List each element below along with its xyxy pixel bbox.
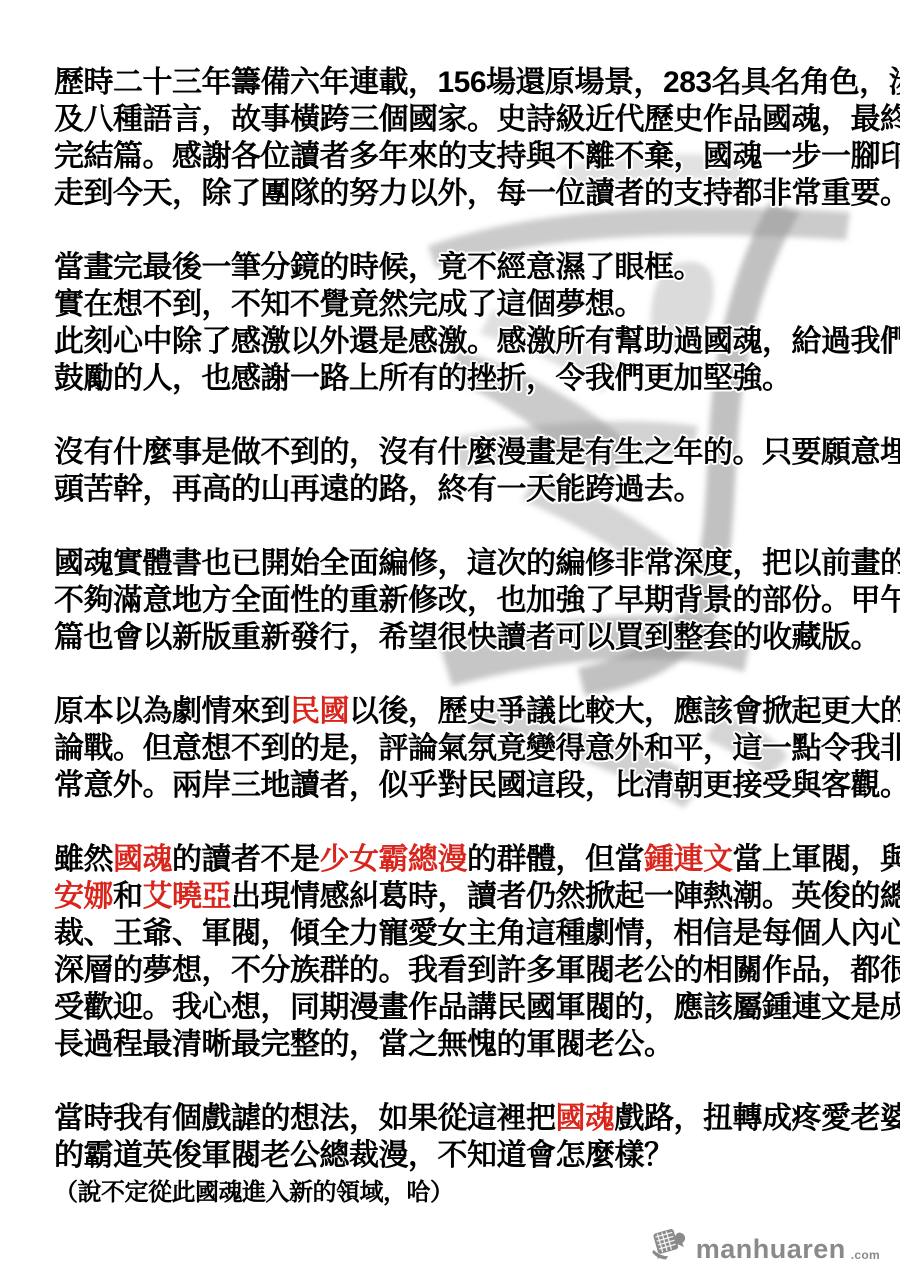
manga-afterword-page: 歷時二十三年籌備六年連載，156場還原場景，283名具名角色，涉及八種語言，故事… xyxy=(0,0,900,1273)
text-segment: 的讀者不是 xyxy=(172,843,320,876)
text-line: （說不定從此國魂進入新的領域，哈） xyxy=(54,1174,854,1210)
text-segment: 國魂實體書也已開始全面編修，這次的編修非常深度，把以前畫的 xyxy=(54,547,900,580)
highlighted-term: 少女霸總漫 xyxy=(320,843,468,876)
paragraph-6: 雖然國魂的讀者不是少女霸總漫的群體，但當鍾連文當上軍閥，與安娜和艾曉亞出現情感糾… xyxy=(54,841,854,1063)
text-line: 篇也會以新版重新發行，希望很快讀者可以買到整套的收藏版。 xyxy=(54,619,854,656)
highlighted-term: 國魂 xyxy=(556,1102,615,1135)
text-segment: 鼓勵的人，也感謝一路上所有的挫折，令我們更加堅強。 xyxy=(54,362,792,395)
text-line: 受歡迎。我心想，同期漫畫作品講民國軍閥的，應該屬鍾連文是成 xyxy=(54,989,854,1026)
text-segment: 完結篇。感謝各位讀者多年來的支持與不離不棄，國魂一步一腳印 xyxy=(54,140,900,173)
text-segment: 出現情感糾葛時，讀者仍然掀起一陣熱潮。英俊的總 xyxy=(231,880,900,913)
text-segment: 篇也會以新版重新發行，希望很快讀者可以買到整套的收藏版。 xyxy=(54,621,880,654)
text-line: 頭苦幹，再高的山再遠的路，終有一天能跨過去。 xyxy=(54,471,854,508)
text-segment: 的群體，但當 xyxy=(467,843,644,876)
text-line: 及八種語言，故事橫跨三個國家。史詩級近代歷史作品國魂，最終 xyxy=(54,101,854,138)
afterword-text: 歷時二十三年籌備六年連載，156場還原場景，283名具名角色，涉及八種語言，故事… xyxy=(54,64,854,1247)
text-segment: 歷時二十三年籌備六年連載，156場還原場景，283名具名角色，涉 xyxy=(54,66,900,99)
text-segment: 雖然 xyxy=(54,843,113,876)
text-line: 裁、王爺、軍閥，傾全力寵愛女主角這種劇情，相信是每個人內心 xyxy=(54,915,854,952)
text-line: 沒有什麼事是做不到的，沒有什麼漫畫是有生之年的。只要願意埋 xyxy=(54,434,854,471)
paragraph-4: 國魂實體書也已開始全面編修，這次的編修非常深度，把以前畫的不夠滿意地方全面性的重… xyxy=(54,545,854,656)
manhuaren-logo-icon xyxy=(649,1225,691,1262)
text-segment: 深層的夢想，不分族群的。我看到許多軍閥老公的相關作品，都很 xyxy=(54,954,900,987)
text-line: 鼓勵的人，也感謝一路上所有的挫折，令我們更加堅強。 xyxy=(54,360,854,397)
highlighted-term: 安娜 xyxy=(54,880,113,913)
paragraph-2: 當畫完最後一筆分鏡的時候，竟不經意濕了眼框。實在想不到，不知不覺竟然完成了這個夢… xyxy=(54,249,854,397)
text-line: 當時我有個戲謔的想法，如果從這裡把國魂戲路，扭轉成疼愛老婆 xyxy=(54,1100,854,1137)
text-line: 國魂實體書也已開始全面編修，這次的編修非常深度，把以前畫的 xyxy=(54,545,854,582)
text-line: 此刻心中除了感激以外還是感激。感激所有幫助過國魂，給過我們 xyxy=(54,323,854,360)
text-segment: 實在想不到，不知不覺竟然完成了這個夢想。 xyxy=(54,288,644,321)
paragraph-7: 當時我有個戲謔的想法，如果從這裡把國魂戲路，扭轉成疼愛老婆的霸道英俊軍閥老公總裁… xyxy=(54,1100,854,1210)
text-segment: 長過程最清晰最完整的，當之無愧的軍閥老公。 xyxy=(54,1028,674,1061)
manhuaren-logo-suffix: .com xyxy=(851,1249,880,1263)
paragraph-5: 原本以為劇情來到民國以後，歷史爭議比較大，應該會掀起更大的論戰。但意想不到的是，… xyxy=(54,693,854,804)
text-segment: 當時我有個戲謔的想法，如果從這裡把 xyxy=(54,1102,556,1135)
text-line: 常意外。兩岸三地讀者，似乎對民國這段，比清朝更接受與客觀。 xyxy=(54,767,854,804)
highlighted-term: 艾曉亞 xyxy=(143,880,232,913)
text-segment: 的霸道英俊軍閥老公總裁漫，不知道會怎麼樣？ xyxy=(54,1139,674,1172)
text-segment: 走到今天，除了團隊的努力以外，每一位讀者的支持都非常重要。 xyxy=(54,177,900,210)
text-line: 原本以為劇情來到民國以後，歷史爭議比較大，應該會掀起更大的 xyxy=(54,693,854,730)
text-line: 的霸道英俊軍閥老公總裁漫，不知道會怎麼樣？ xyxy=(54,1137,854,1174)
text-line: 深層的夢想，不分族群的。我看到許多軍閥老公的相關作品，都很 xyxy=(54,952,854,989)
highlighted-term: 鍾連文 xyxy=(644,843,733,876)
paragraph-3: 沒有什麼事是做不到的，沒有什麼漫畫是有生之年的。只要願意埋頭苦幹，再高的山再遠的… xyxy=(54,434,854,508)
text-line: 當畫完最後一筆分鏡的時候，竟不經意濕了眼框。 xyxy=(54,249,854,286)
text-segment: 受歡迎。我心想，同期漫畫作品講民國軍閥的，應該屬鍾連文是成 xyxy=(54,991,900,1024)
text-segment: 沒有什麼事是做不到的，沒有什麼漫畫是有生之年的。只要願意埋 xyxy=(54,436,900,469)
text-segment: 當上軍閥，與 xyxy=(733,843,900,876)
text-segment: 論戰。但意想不到的是，評論氣氛竟變得意外和平，這一點令我非 xyxy=(54,732,900,765)
text-segment: 原本以為劇情來到 xyxy=(54,695,290,728)
highlighted-term: 民國 xyxy=(290,695,349,728)
text-segment: （說不定從此國魂進入新的領域，哈） xyxy=(54,1179,454,1206)
text-segment: 當畫完最後一筆分鏡的時候，竟不經意濕了眼框。 xyxy=(54,251,703,284)
text-segment: 不夠滿意地方全面性的重新修改，也加強了早期背景的部份。甲午 xyxy=(54,584,900,617)
text-line: 走到今天，除了團隊的努力以外，每一位讀者的支持都非常重要。 xyxy=(54,175,854,212)
text-segment: 戲路，扭轉成疼愛老婆 xyxy=(615,1102,900,1135)
highlighted-term: 國魂 xyxy=(113,843,172,876)
text-line: 完結篇。感謝各位讀者多年來的支持與不離不棄，國魂一步一腳印 xyxy=(54,138,854,175)
text-line: 不夠滿意地方全面性的重新修改，也加強了早期背景的部份。甲午 xyxy=(54,582,854,619)
text-line: 長過程最清晰最完整的，當之無愧的軍閥老公。 xyxy=(54,1026,854,1063)
text-segment: 常意外。兩岸三地讀者，似乎對民國這段，比清朝更接受與客觀。 xyxy=(54,769,900,802)
text-segment: 及八種語言，故事橫跨三個國家。史詩級近代歷史作品國魂，最終 xyxy=(54,103,900,136)
text-segment: 頭苦幹，再高的山再遠的路，終有一天能跨過去。 xyxy=(54,473,703,506)
text-segment: 此刻心中除了感激以外還是感激。感激所有幫助過國魂，給過我們 xyxy=(54,325,900,358)
text-segment: 和 xyxy=(113,880,143,913)
text-line: 雖然國魂的讀者不是少女霸總漫的群體，但當鍾連文當上軍閥，與 xyxy=(54,841,854,878)
text-line: 歷時二十三年籌備六年連載，156場還原場景，283名具名角色，涉 xyxy=(54,64,854,101)
text-segment: 以後，歷史爭議比較大，應該會掀起更大的 xyxy=(349,695,900,728)
text-line: 論戰。但意想不到的是，評論氣氛竟變得意外和平，這一點令我非 xyxy=(54,730,854,767)
text-line: 實在想不到，不知不覺竟然完成了這個夢想。 xyxy=(54,286,854,323)
text-line: 安娜和艾曉亞出現情感糾葛時，讀者仍然掀起一陣熱潮。英俊的總 xyxy=(54,878,854,915)
manhuaren-logo-text: manhuaren xyxy=(696,1236,846,1263)
manhuaren-logo: manhuaren .com xyxy=(649,1225,880,1263)
text-segment: 裁、王爺、軍閥，傾全力寵愛女主角這種劇情，相信是每個人內心 xyxy=(54,917,900,950)
paragraph-1: 歷時二十三年籌備六年連載，156場還原場景，283名具名角色，涉及八種語言，故事… xyxy=(54,64,854,212)
